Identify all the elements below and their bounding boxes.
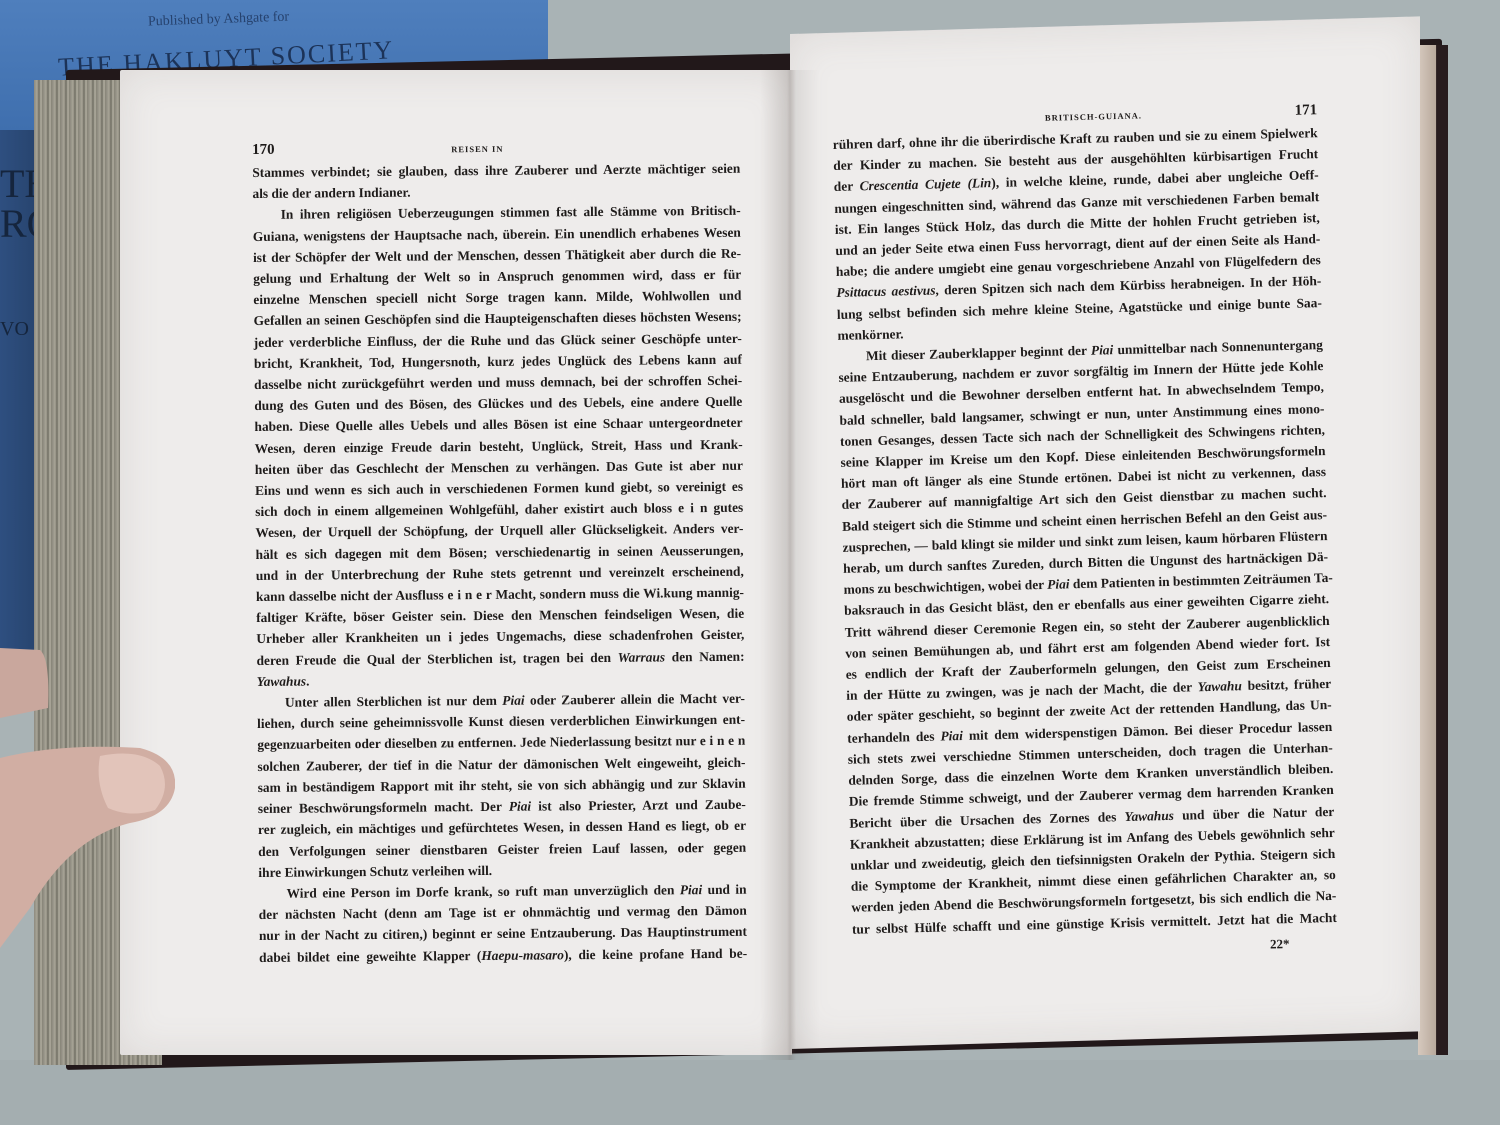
italic-term: Piai <box>1091 342 1114 358</box>
text-line: den Verfolgungen seiner dienstbaren Geis… <box>258 836 746 861</box>
italic-term: Piai <box>502 693 524 708</box>
italic-term: Piai <box>1047 577 1070 593</box>
left-page-text: 170 REISEN IN Stammes verbindet; sie gla… <box>252 136 747 968</box>
italic-term: Yawahu <box>1197 678 1242 694</box>
running-title: BRITISCH-GUIANA. <box>1045 105 1142 129</box>
text-line: Stammes verbindet; sie glauben, dass ihr… <box>252 158 740 183</box>
thumb <box>0 648 175 948</box>
table-surface <box>0 1060 1500 1125</box>
page-edges-right <box>1418 45 1448 1055</box>
italic-term: Crescentia Cujete (Lin <box>859 176 991 194</box>
italic-term: Yawahus <box>1124 807 1174 823</box>
italic-term: Piai <box>680 882 702 897</box>
text-line: dabei bildet eine geweihte Klapper (Haep… <box>259 942 747 967</box>
text-line: deren Freude die Qual der Sterblichen is… <box>256 645 744 670</box>
cover-fragment: VO <box>0 318 29 341</box>
right-page-body: rühren darf, ohne ihr die überirdische K… <box>833 122 1338 939</box>
right-page-text: BRITISCH-GUIANA. 171 rühren darf, ohne i… <box>832 100 1338 965</box>
page-number: 170 <box>252 140 275 161</box>
italic-term: Piai <box>940 728 963 744</box>
running-title: REISEN IN <box>451 139 503 161</box>
book-gutter <box>760 70 820 1060</box>
italic-term: Yawahus <box>257 673 307 688</box>
italic-term: Piai <box>509 799 531 814</box>
italic-term: Haepu-masaro <box>481 947 564 963</box>
left-page-body: Stammes verbindet; sie glauben, dass ihr… <box>252 158 747 968</box>
italic-term: Warraus <box>618 649 666 664</box>
page-number: 171 <box>1294 100 1317 122</box>
italic-term: Psittacus aestivus <box>836 283 935 300</box>
publisher-line: Published by Ashgate for <box>148 10 290 31</box>
